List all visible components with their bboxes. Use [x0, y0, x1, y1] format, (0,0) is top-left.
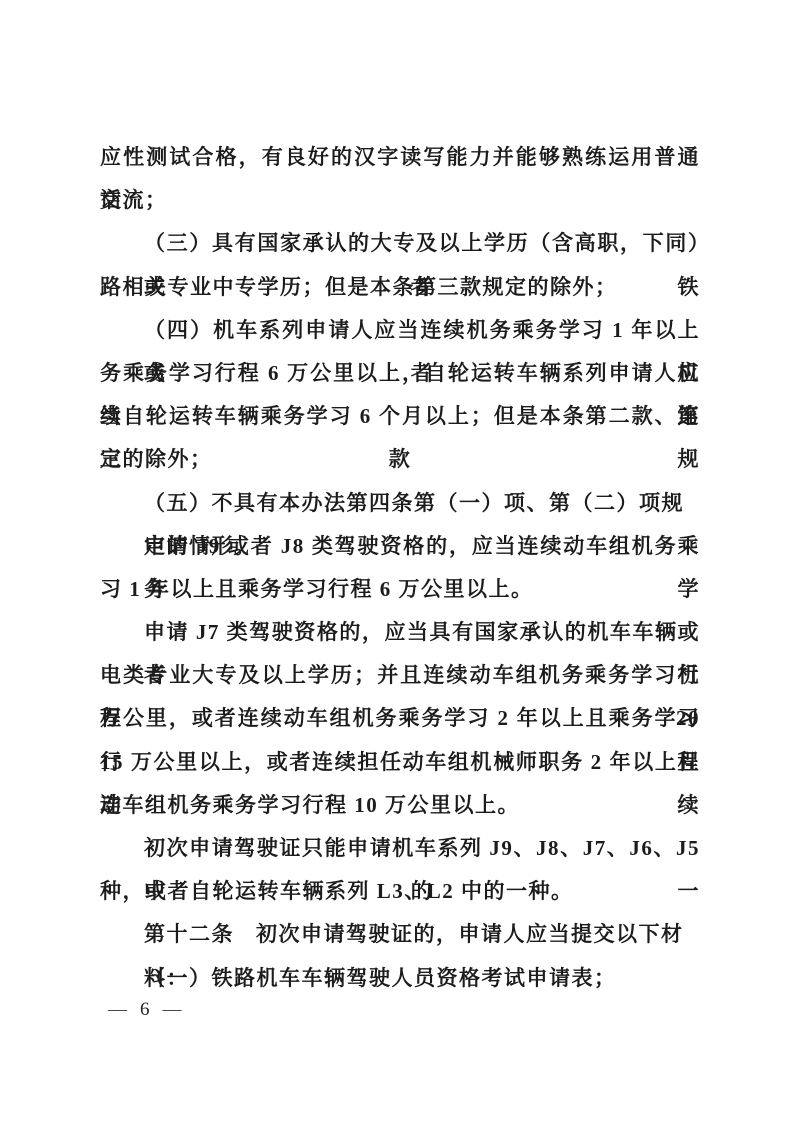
text-line: 万公里，或者连续动车组机务乘务学习 2 年以上且乘务学习行程 — [100, 697, 700, 740]
text-line: 申请 J9 或者 J8 类驾驶资格的，应当连续动车组机务乘务学 — [100, 525, 700, 568]
text-line-item-3: （三）具有国家承认的大专及以上学历（含高职，下同）或者铁 — [100, 222, 700, 265]
text-line: 交流； — [100, 179, 700, 222]
footer-dash-left: — — [108, 997, 127, 1023]
article-number: 第十二条 — [144, 923, 234, 946]
page-number: 6 — [140, 997, 150, 1023]
text-line-item-4: （四）机车系列申请人应当连续机务乘务学习 1 年以上或者机 — [100, 309, 700, 352]
text-line: 申请 J7 类驾驶资格的，应当具有国家承认的机车车辆或者机 — [100, 611, 700, 654]
page-footer: — 6 — — [108, 997, 182, 1023]
text-line: 续自轮运转车辆乘务学习 6 个月以上；但是本条第二款、第三款规 — [100, 395, 700, 438]
text-line-item-5: （五）不具有本办法第四条第（一）项、第（二）项规定的情形。 — [100, 482, 700, 525]
document-page: 应性测试合格，有良好的汉字读写能力并能够熟练运用普通话 交流； （三）具有国家承… — [0, 0, 800, 1130]
document-body: 应性测试合格，有良好的汉字读写能力并能够熟练运用普通话 交流； （三）具有国家承… — [100, 136, 700, 1000]
text-line-item-1: （一）铁路机车车辆驾驶人员资格考试申请表； — [100, 957, 700, 1000]
text-line: 务乘务学习行程 6 万公里以上，自轮运转车辆系列申请人应当连 — [100, 352, 700, 395]
text-line: 应性测试合格，有良好的汉字读写能力并能够熟练运用普通话 — [100, 136, 700, 179]
text-line: 电类专业大专及以上学历；并且连续动车组机务乘务学习行程 20 — [100, 654, 700, 697]
footer-dash-right: — — [163, 997, 182, 1023]
text-line: 路相关专业中专学历；但是本条第三款规定的除外； — [100, 266, 700, 309]
article-12-line: 第十二条初次申请驾驶证的，申请人应当提交以下材料： — [100, 913, 700, 956]
text-line: 初次申请驾驶证只能申请机车系列 J9、J8、J7、J6、J5 中的一 — [100, 827, 700, 870]
text-line: 15 万公里以上，或者连续担任动车组机械师职务 2 年以上且连续 — [100, 741, 700, 784]
